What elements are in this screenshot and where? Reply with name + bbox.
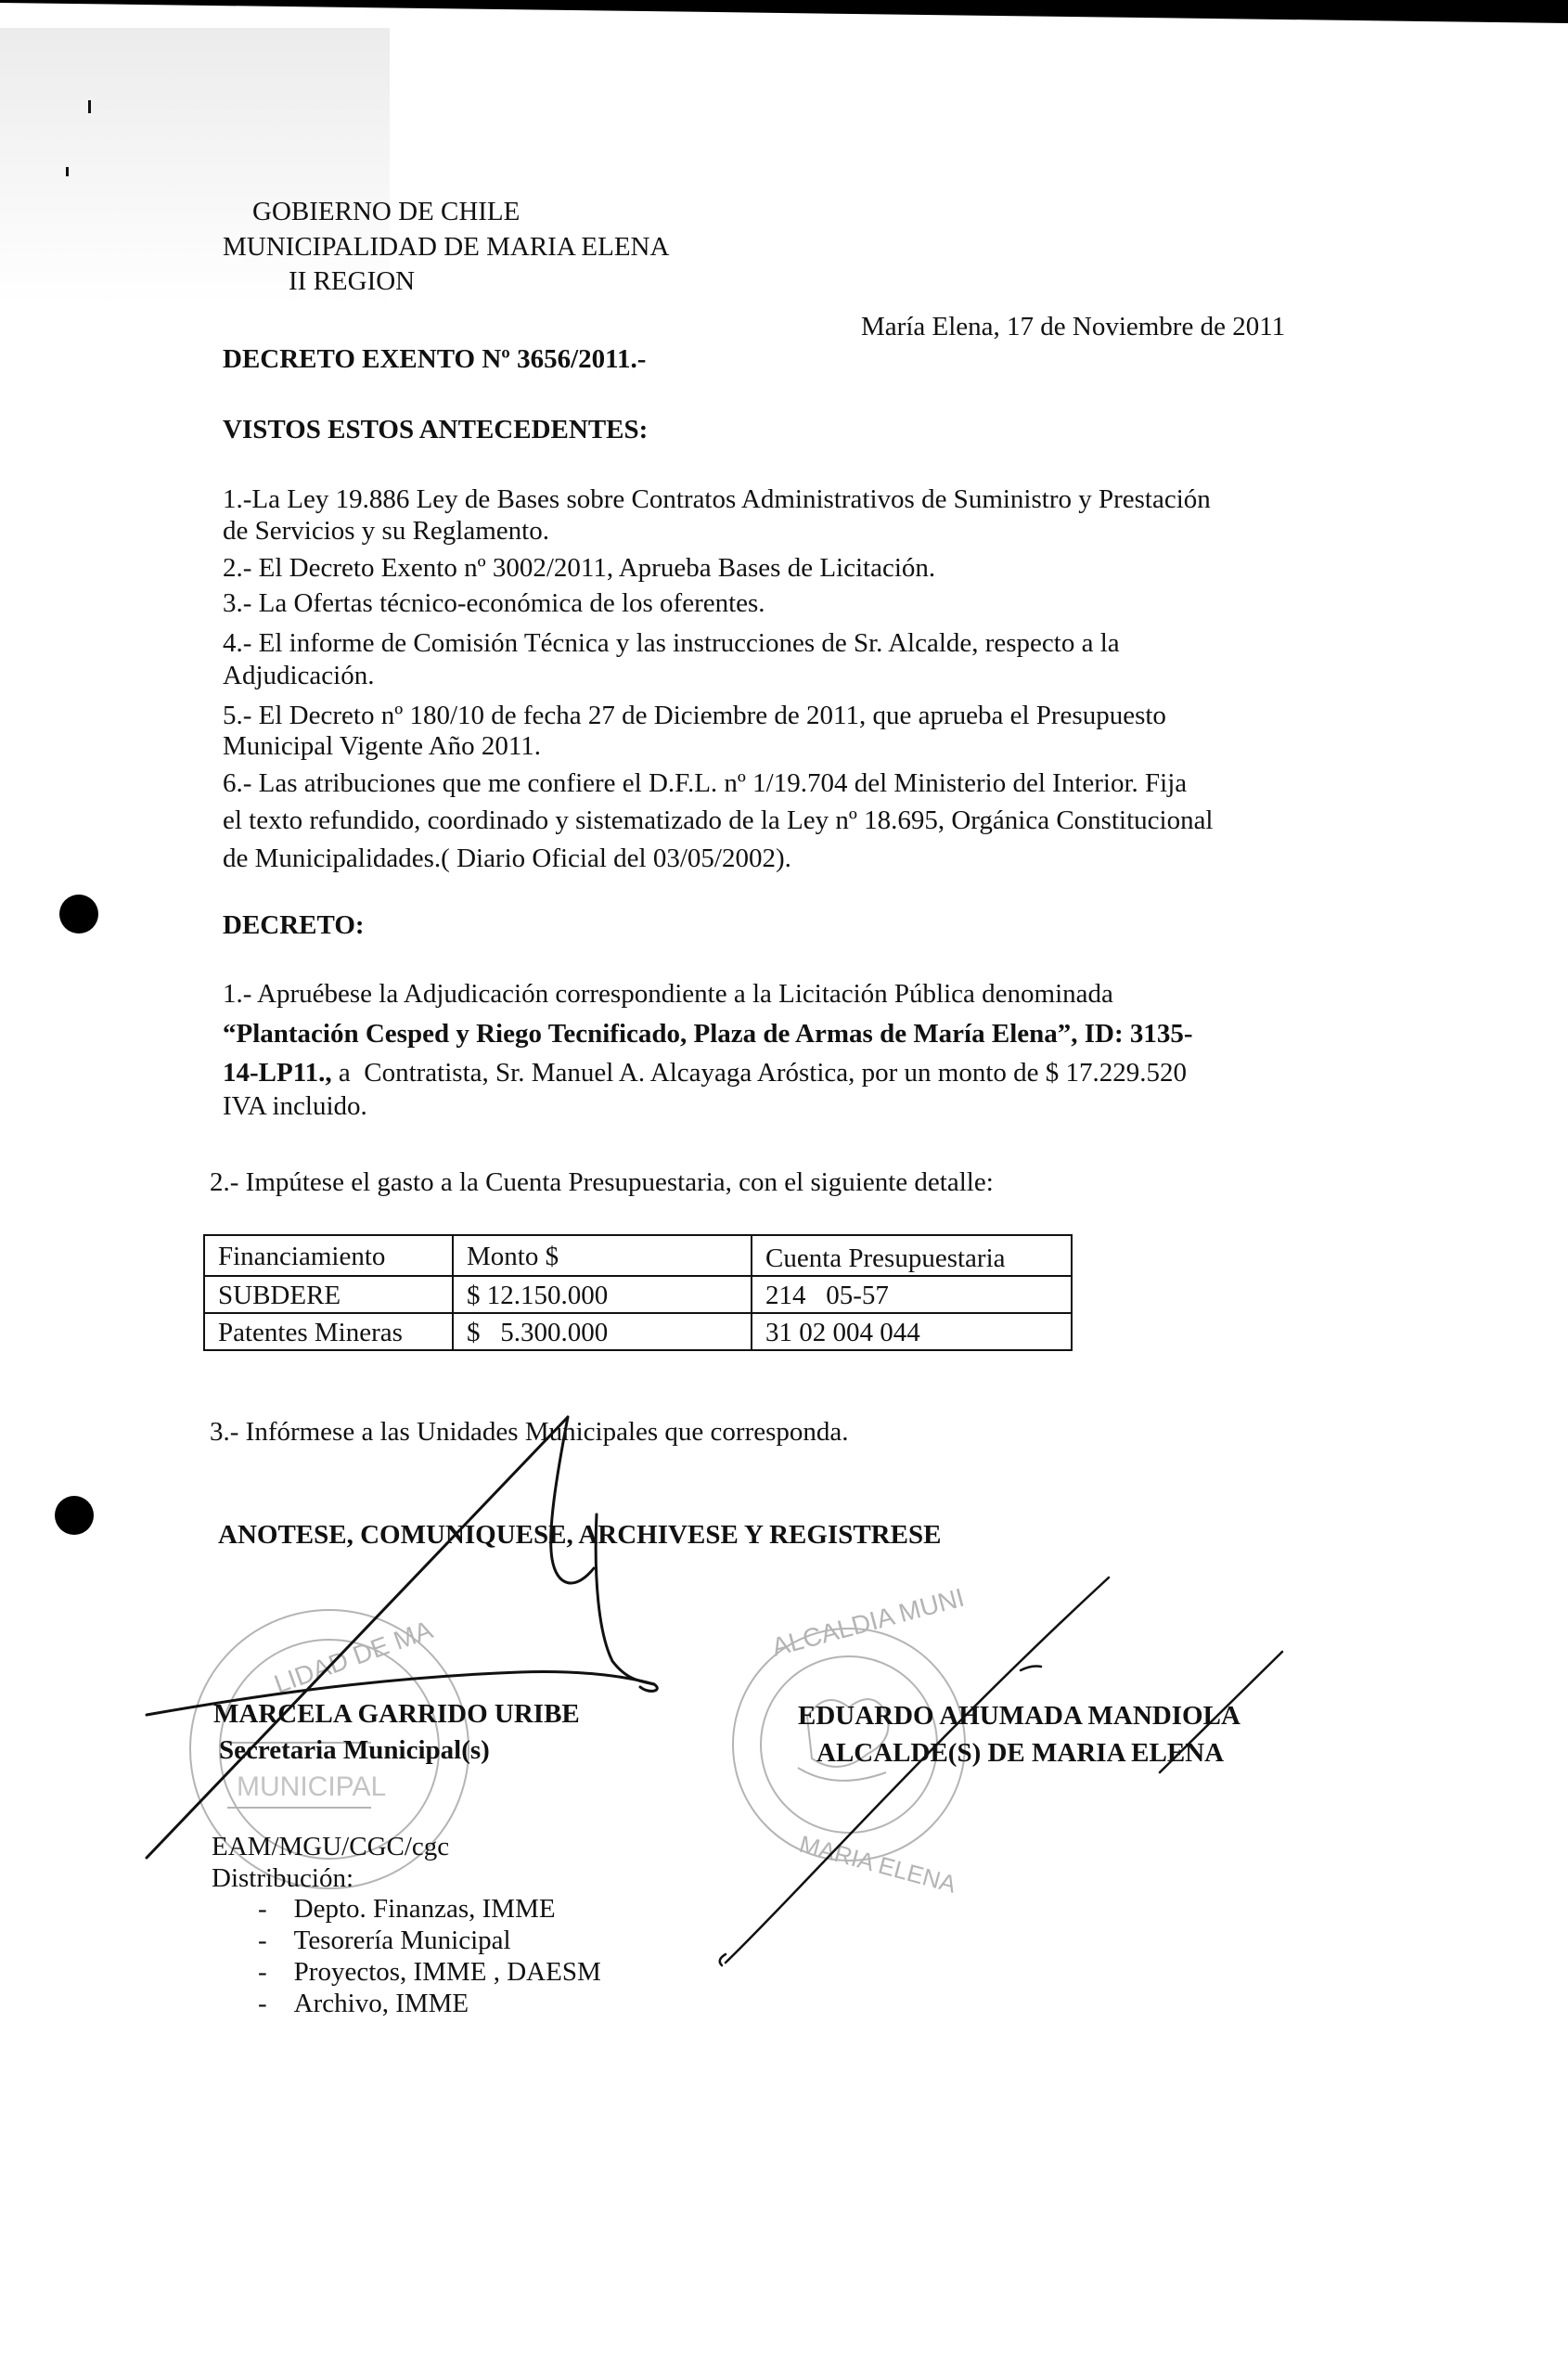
document-date: María Elena, 17 de Noviembre de 2011 [861, 314, 1285, 341]
vistos-line: 1.-La Ley 19.886 Ley de Bases sobre Cont… [223, 486, 1211, 513]
header-municipality: MUNICIPALIDAD DE MARIA ELENA [223, 234, 669, 261]
header-government: GOBIERNO DE CHILE [252, 199, 520, 225]
svg-text:MUNICIPAL: MUNICIPAL [237, 1771, 386, 1802]
table-cell: $ 12.150.000 [453, 1276, 752, 1313]
vistos-line: 3.- La Ofertas técnico-económica de los … [223, 590, 765, 617]
vistos-line: 4.- El informe de Comisión Técnica y las… [223, 630, 1120, 657]
punch-hole-top [59, 895, 98, 934]
vistos-line: de Servicios y su Reglamento. [223, 518, 549, 545]
distribution-item: - Tesorería Municipal [258, 1927, 511, 1954]
right-signatory-name: EDUARDO AHUMADA MANDIOLA [798, 1703, 1240, 1730]
decree-number: DECRETO EXENTO Nº 3656/2011.- [223, 346, 646, 373]
table-row: SUBDERE $ 12.150.000 214 05-57 [204, 1276, 1072, 1313]
vistos-line: el texto refundido, coordinado y sistema… [223, 807, 1214, 834]
table-cell: 31 02 004 044 [752, 1313, 1072, 1350]
decreto-item1-id: 14-LP11., [223, 1058, 332, 1088]
vistos-line: Municipal Vigente Año 2011. [223, 733, 541, 760]
decreto-item1-project-title: “Plantación Cesped y Riego Tecnificado, … [223, 1021, 1193, 1048]
punch-hole-bottom [55, 1496, 94, 1535]
decreto-item1-line1: 1.- Apruébese la Adjudicación correspond… [223, 981, 1113, 1008]
decreto-item3: 3.- Infórmese a las Unidades Municipales… [210, 1419, 849, 1446]
decreto-item2: 2.- Impútese el gasto a la Cuenta Presup… [210, 1169, 994, 1196]
svg-text:MARIA ELENA: MARIA ELENA [796, 1830, 959, 1899]
decreto-item1-line3: 14-LP11., a Contratista, Sr. Manuel A. A… [223, 1060, 1187, 1087]
table-header-cell: Cuenta Presupuestaria [752, 1235, 1072, 1276]
table-cell: SUBDERE [204, 1276, 453, 1313]
table-cell: Patentes Mineras [204, 1313, 453, 1350]
vistos-line: 6.- Las atribuciones que me confiere el … [223, 770, 1187, 797]
distribution-item-label: Tesorería Municipal [294, 1926, 511, 1955]
table-row: Patentes Mineras $ 5.300.000 31 02 004 0… [204, 1313, 1072, 1350]
signature-left-icon [147, 1417, 657, 1858]
table-header-cell: Financiamiento [204, 1235, 453, 1276]
table-header-row: Financiamiento Monto $ Cuenta Presupuest… [204, 1235, 1072, 1276]
distribution-item: - Depto. Finanzas, IMME [258, 1896, 556, 1923]
distribution-item-label: Depto. Finanzas, IMME [294, 1894, 556, 1924]
scan-top-edge [0, 0, 1568, 37]
left-signatory-name: MARCELA GARRIDO URIBE [213, 1701, 580, 1728]
vistos-heading: VISTOS ESTOS ANTECEDENTES: [223, 417, 648, 444]
svg-text:LIDAD DE MA: LIDAD DE MA [270, 1615, 436, 1698]
left-signatory-title: Secretaria Municipal(s) [219, 1737, 490, 1764]
table-header-cell: Monto $ [453, 1235, 752, 1276]
header-region: II REGION [289, 268, 415, 295]
distribution-item-label: Archivo, IMME [294, 1989, 469, 2018]
closing-formula: ANOTESE, COMUNIQUESE, ARCHIVESE Y REGIST… [218, 1522, 941, 1549]
table-cell: $ 5.300.000 [453, 1313, 752, 1350]
distribution-item: - Proyectos, IMME , DAESM [258, 1959, 601, 1986]
reference-initials: EAM/MGU/CGC/cgc [212, 1834, 449, 1861]
vistos-line: 2.- El Decreto Exento nº 3002/2011, Apru… [223, 555, 935, 582]
distribution-item-label: Proyectos, IMME , DAESM [294, 1957, 601, 1987]
decreto-item1-contractor: a Contratista, Sr. Manuel A. Alcayaga Ar… [332, 1058, 1187, 1088]
distribution-item: - Archivo, IMME [258, 1990, 469, 2017]
svg-text:ALCALDIA MUNI: ALCALDIA MUNI [769, 1583, 968, 1662]
table-cell: 214 05-57 [752, 1276, 1072, 1313]
vistos-line: 5.- El Decreto nº 180/10 de fecha 27 de … [223, 702, 1166, 729]
vistos-line: de Municipalidades.( Diario Oficial del … [223, 845, 791, 872]
signature-right-icon [720, 1578, 1282, 1965]
decreto-item1-line4: IVA incluido. [223, 1093, 367, 1120]
scan-shadow [0, 28, 390, 306]
distribution-heading: Distribución: [212, 1865, 353, 1892]
decreto-heading: DECRETO: [223, 912, 365, 939]
vistos-line: Adjudicación. [223, 663, 374, 689]
budget-table: Financiamiento Monto $ Cuenta Presupuest… [203, 1234, 1073, 1351]
right-signatory-title: ALCALDE(S) DE MARIA ELENA [816, 1740, 1224, 1767]
